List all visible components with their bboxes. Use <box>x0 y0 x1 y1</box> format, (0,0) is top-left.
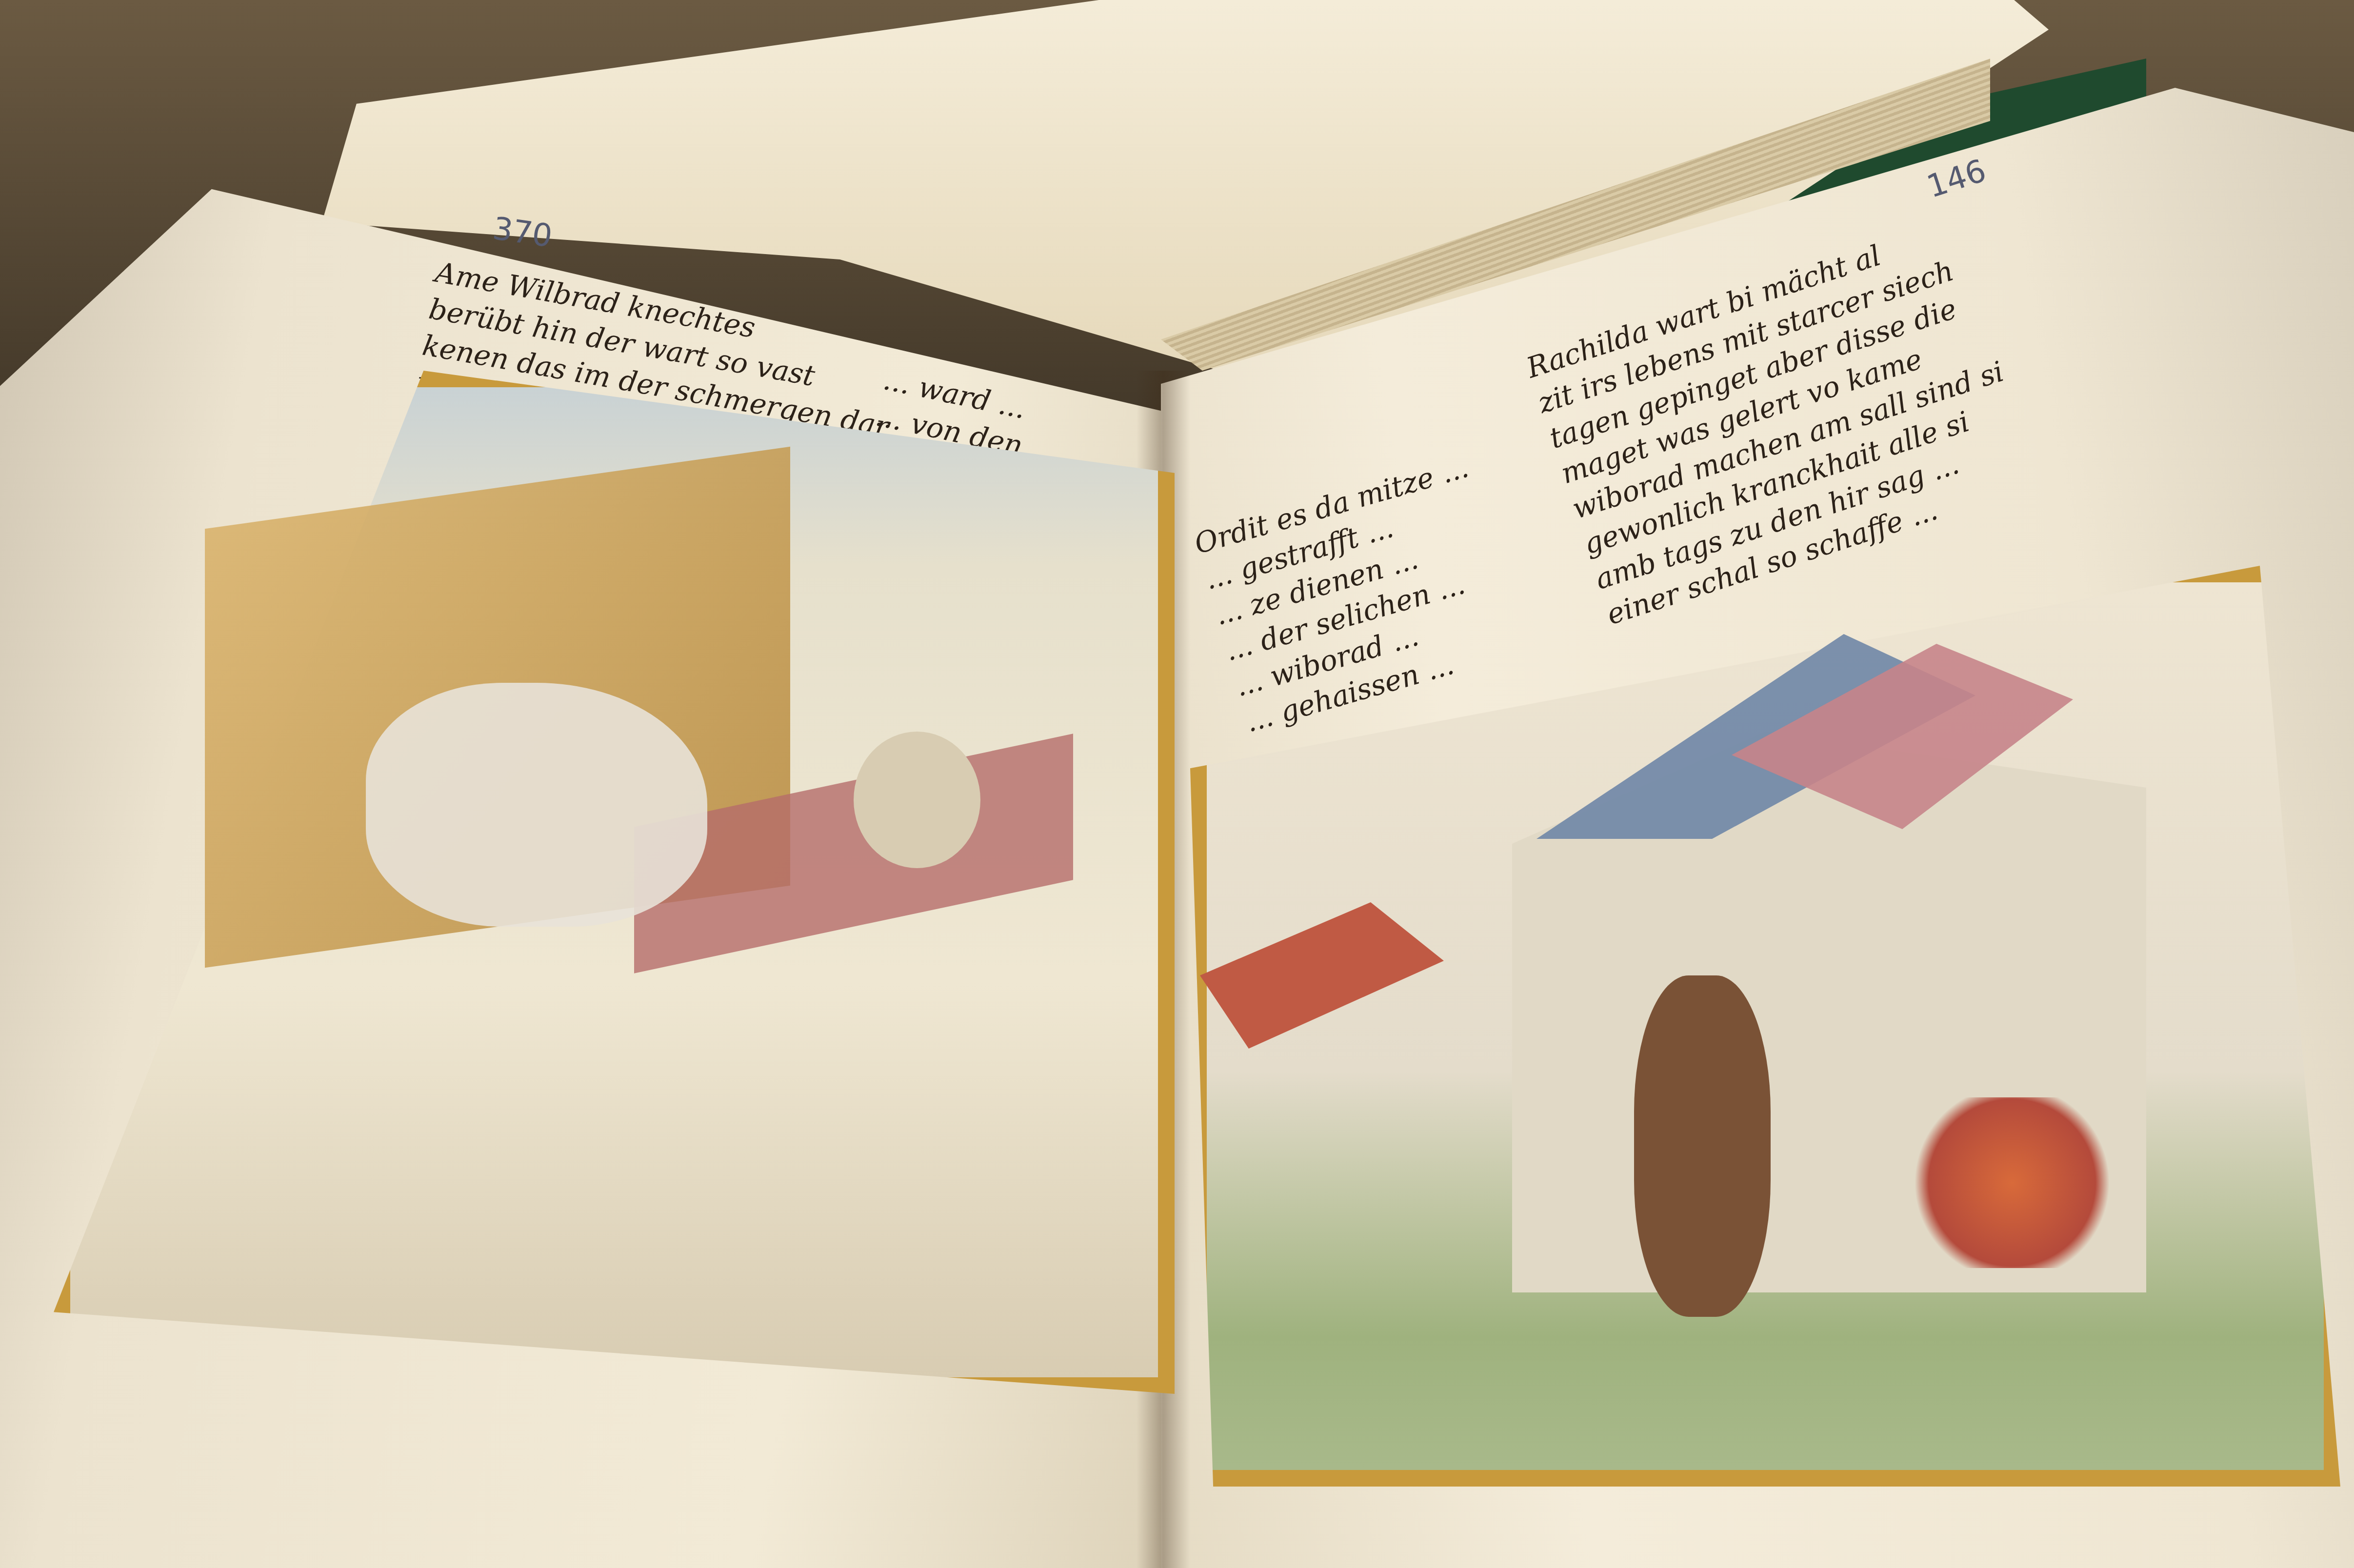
fire-drawing <box>1902 1097 2122 1268</box>
sick-man-figure <box>366 683 707 927</box>
folio-number-left: 370 <box>490 211 554 255</box>
manuscript-photo: 370 146 Ame Wilbrad knechtes berübt hin … <box>0 0 2354 1568</box>
seated-woman-figure <box>854 732 980 868</box>
devil-figure <box>1634 975 1771 1317</box>
